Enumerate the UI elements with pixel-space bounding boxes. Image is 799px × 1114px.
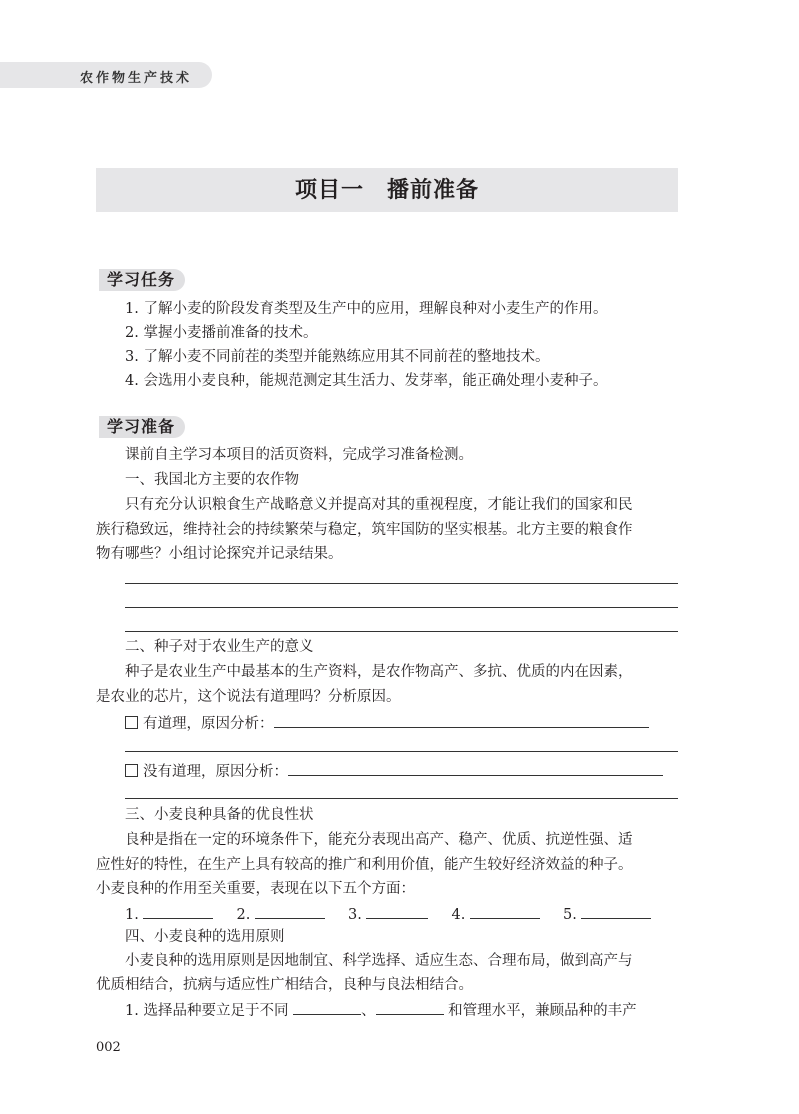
book-title: 农作物生产技术 xyxy=(80,67,192,86)
page-number: 002 xyxy=(96,1040,121,1055)
question-text: 1. 选择品种要立足于不同 xyxy=(125,1003,288,1019)
answer-field[interactable] xyxy=(274,711,649,728)
task-item: 3. 了解小麦不同前茬的类型并能熟练应用其不同前茬的整地技术。 xyxy=(125,346,549,368)
running-header: 农作物生产技术 xyxy=(0,62,212,88)
paragraph: 物有哪些？小组讨论探究并记录结果。 xyxy=(96,543,343,565)
answer-field[interactable] xyxy=(470,902,540,919)
blank-list: 1. 2. 3. 4. 5. xyxy=(125,902,651,926)
checkbox-yes[interactable] xyxy=(125,716,138,729)
badge-label: 学习任务 xyxy=(107,270,175,289)
badge-label: 学习准备 xyxy=(107,417,175,436)
project-title-band: 项目一 播前准备 xyxy=(96,168,678,212)
section-heading: 四、小麦良种的选用原则 xyxy=(125,926,285,948)
paragraph: 只有充分认识粮食生产战略意义并提高对其的重视程度，才能让我们的国家和民 xyxy=(125,494,633,516)
blank-number: 2. xyxy=(237,907,251,923)
answer-field[interactable] xyxy=(143,902,213,919)
answer-field[interactable] xyxy=(255,902,325,919)
answer-line[interactable] xyxy=(125,607,678,608)
blank-number: 4. xyxy=(452,907,466,923)
blank-number: 1. xyxy=(125,907,139,923)
intro-text: 课前自主学习本项目的活页资料，完成学习准备检测。 xyxy=(125,444,473,466)
paragraph: 小麦良种的选用原则是因地制宜、科学选择、适应生态、合理布局，做到高产与 xyxy=(125,950,633,972)
paragraph: 种子是农业生产中最基本的生产资料，是农作物高产、多抗、优质的内在因素， xyxy=(125,661,633,683)
answer-field[interactable] xyxy=(581,902,651,919)
paragraph: 应性好的特性，在生产上具有较高的推广和利用价值，能产生较好经济效益的种子。 xyxy=(96,854,633,876)
paragraph: 良种是指在一定的环境条件下，能充分表现出高产、稳产、优质、抗逆性强、适 xyxy=(125,829,633,851)
section-heading: 三、小麦良种具备的优良性状 xyxy=(125,804,314,826)
answer-line[interactable] xyxy=(125,631,678,632)
answer-field[interactable] xyxy=(376,998,444,1015)
answer-field[interactable] xyxy=(288,759,663,776)
blank-number: 5. xyxy=(563,907,577,923)
option-yes: 有道理，原因分析： xyxy=(125,711,649,735)
section-heading: 二、种子对于农业生产的意义 xyxy=(125,636,314,658)
answer-line[interactable] xyxy=(125,583,678,584)
task-item: 2. 掌握小麦播前准备的技术。 xyxy=(125,322,317,344)
answer-field[interactable] xyxy=(366,902,428,919)
answer-line[interactable] xyxy=(125,751,678,752)
answer-field[interactable] xyxy=(293,998,361,1015)
checkbox-no[interactable] xyxy=(125,764,138,777)
task-item: 1. 了解小麦的阶段发育类型及生产中的应用，理解良种对小麦生产的作用。 xyxy=(125,298,607,320)
option-label: 有道理，原因分析： xyxy=(143,716,274,732)
paragraph: 小麦良种的作用至关重要，表现在以下五个方面： xyxy=(96,878,415,900)
separator: 、 xyxy=(361,1003,376,1019)
blank-number: 3. xyxy=(348,907,362,923)
answer-line[interactable] xyxy=(125,798,678,799)
paragraph: 族行稳致远，维持社会的持续繁荣与稳定，筑牢国防的坚实根基。北方主要的粮食作 xyxy=(96,519,633,541)
paragraph: 是农业的芯片，这个说法有道理吗？分析原因。 xyxy=(96,686,401,708)
option-label: 没有道理，原因分析： xyxy=(143,764,288,780)
option-no: 没有道理，原因分析： xyxy=(125,759,663,783)
section-badge-prep: 学习准备 xyxy=(96,416,185,438)
question-1: 1. 选择品种要立足于不同 、 和管理水平，兼顾品种的丰产 xyxy=(125,998,637,1022)
project-title: 项目一 播前准备 xyxy=(96,168,678,212)
paragraph: 优质相结合，抗病与适应性广相结合，良种与良法相结合。 xyxy=(96,974,473,996)
section-badge-tasks: 学习任务 xyxy=(96,269,185,291)
section-heading: 一、我国北方主要的农作物 xyxy=(125,469,299,491)
question-text: 和管理水平，兼顾品种的丰产 xyxy=(448,1003,637,1019)
task-item: 4. 会选用小麦良种，能规范测定其生活力、发芽率，能正确处理小麦种子。 xyxy=(125,370,607,392)
